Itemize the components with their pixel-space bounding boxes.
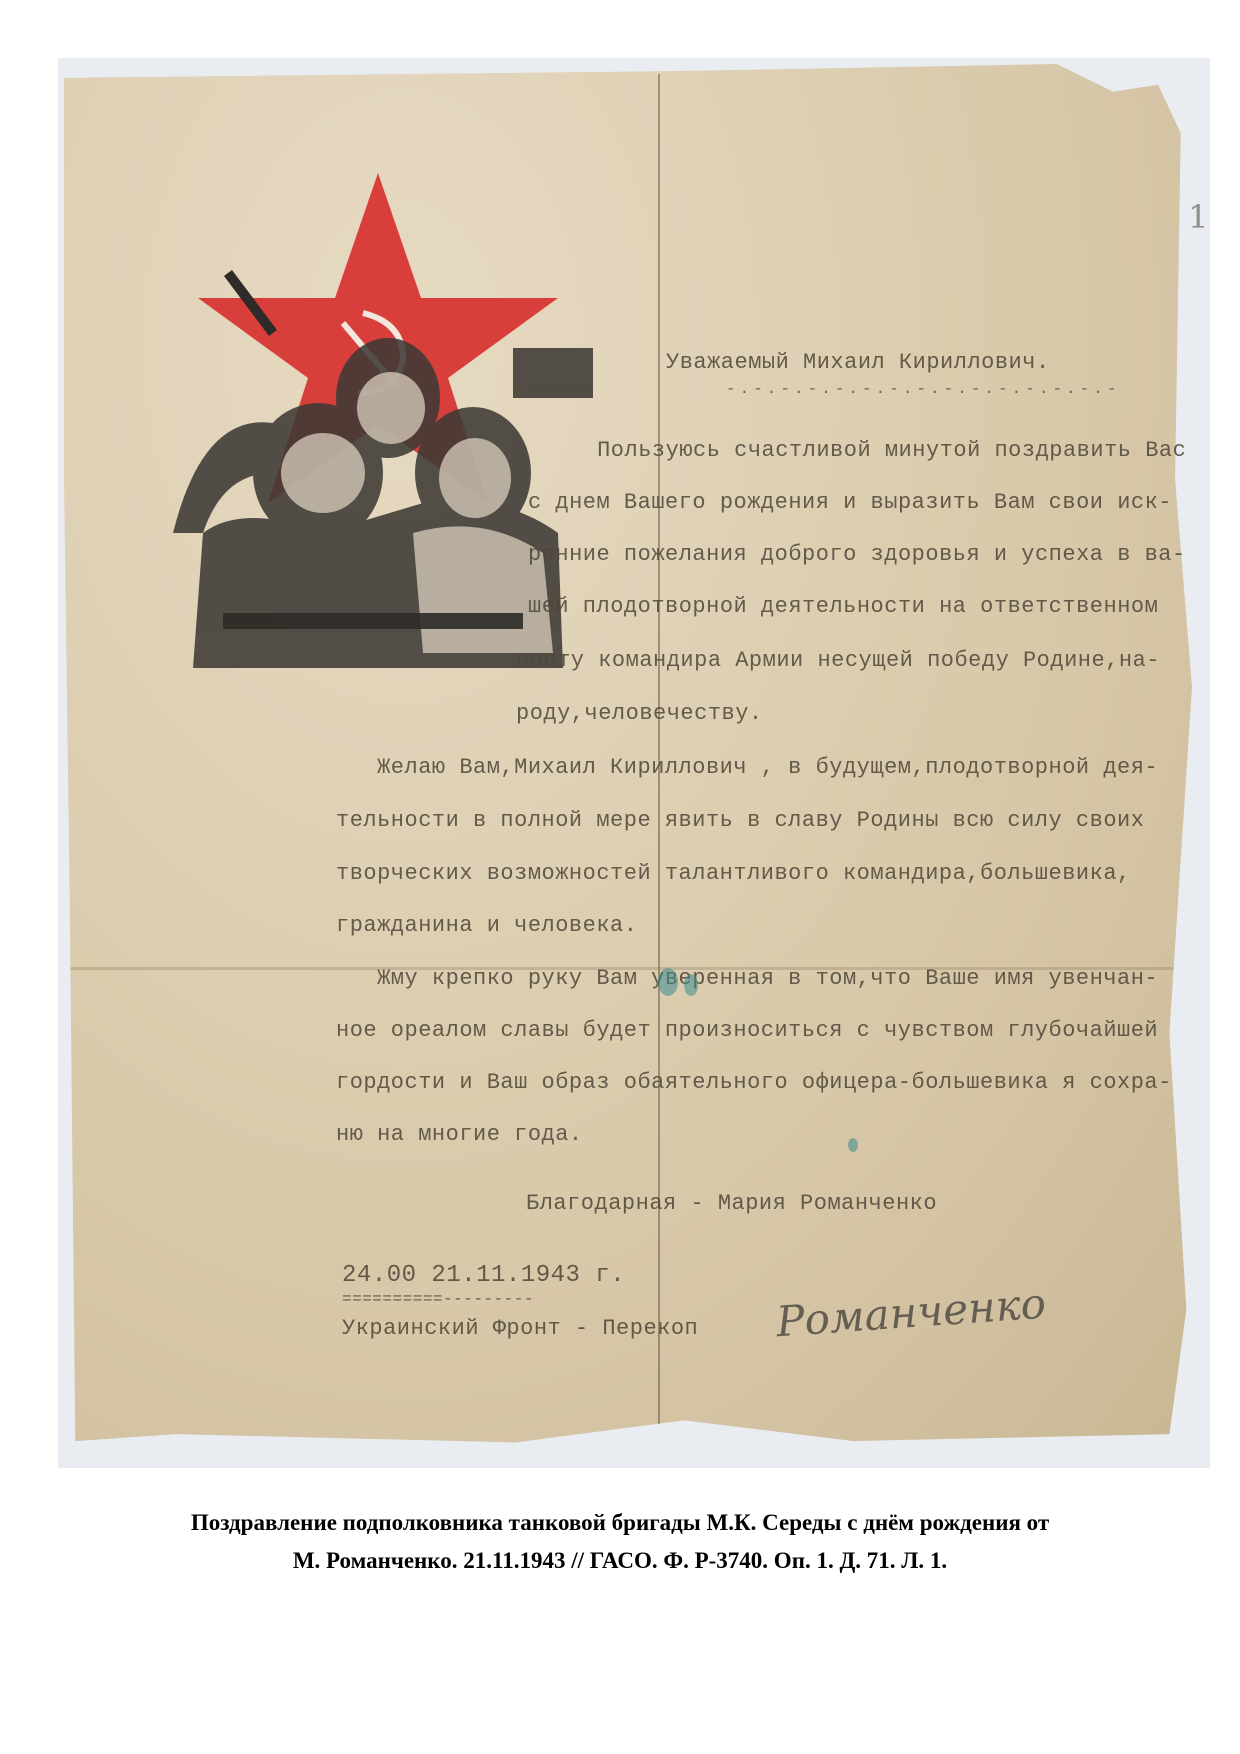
body-line: тельности в полной мере явить в славу Ро… xyxy=(336,808,1144,833)
body-line: Жму крепко руку Вам уверенная в том,что … xyxy=(336,966,1158,991)
body-line: посту командира Армии несущей победу Род… xyxy=(516,648,1160,673)
rifle-icon xyxy=(223,613,523,629)
ink-stain xyxy=(658,968,678,996)
body-line: ное ореалом славы будет произноситься с … xyxy=(336,1018,1158,1043)
caption-line-2: М. Романченко. 21.11.1943 // ГАСО. Ф. Р-… xyxy=(0,1548,1240,1574)
archival-photo: 1 Уважаемый Михаил Кириллович. -.-.-.-.-… xyxy=(58,58,1210,1468)
body-line: гражданина и человека. xyxy=(336,913,637,938)
body-line: творческих возможностей талантливого ком… xyxy=(336,861,1131,886)
body-line: шей плодотворной деятельности на ответст… xyxy=(528,594,1158,619)
ink-stain xyxy=(684,974,698,996)
closing: Благодарная - Мария Романченко xyxy=(526,1191,937,1216)
salutation-underline: -.-.-.-.-.-.-.-.-.-.-.-.-.-.- xyxy=(726,380,1120,398)
sheet-number: 1 xyxy=(1188,198,1208,236)
body-line: ню на многие года. xyxy=(336,1122,583,1147)
fold-line-vertical xyxy=(658,74,660,1434)
body-line: гордости и Ваш образ обаятельного офицер… xyxy=(336,1070,1172,1095)
body-line: Желаю Вам,Михаил Кириллович , в будущем,… xyxy=(336,755,1158,780)
place: Украинский Фронт - Перекоп xyxy=(342,1316,698,1341)
body-line: с днем Вашего рождения и выразить Вам св… xyxy=(528,490,1172,515)
caption-line-1: Поздравление подполковника танковой бриг… xyxy=(0,1510,1240,1536)
datetime-underline: ==========--------- xyxy=(342,1290,534,1308)
body-line: роду,человечеству. xyxy=(516,701,763,726)
ink-stain xyxy=(848,1138,858,1152)
datetime: 24.00 21.11.1943 г. xyxy=(342,1262,625,1289)
salutation: Уважаемый Михаил Кириллович. xyxy=(666,350,1050,375)
body-line: ренние пожелания доброго здоровья и успе… xyxy=(528,542,1186,567)
body-line: Пользуюсь счастливой минутой поздравить … xyxy=(556,438,1186,463)
